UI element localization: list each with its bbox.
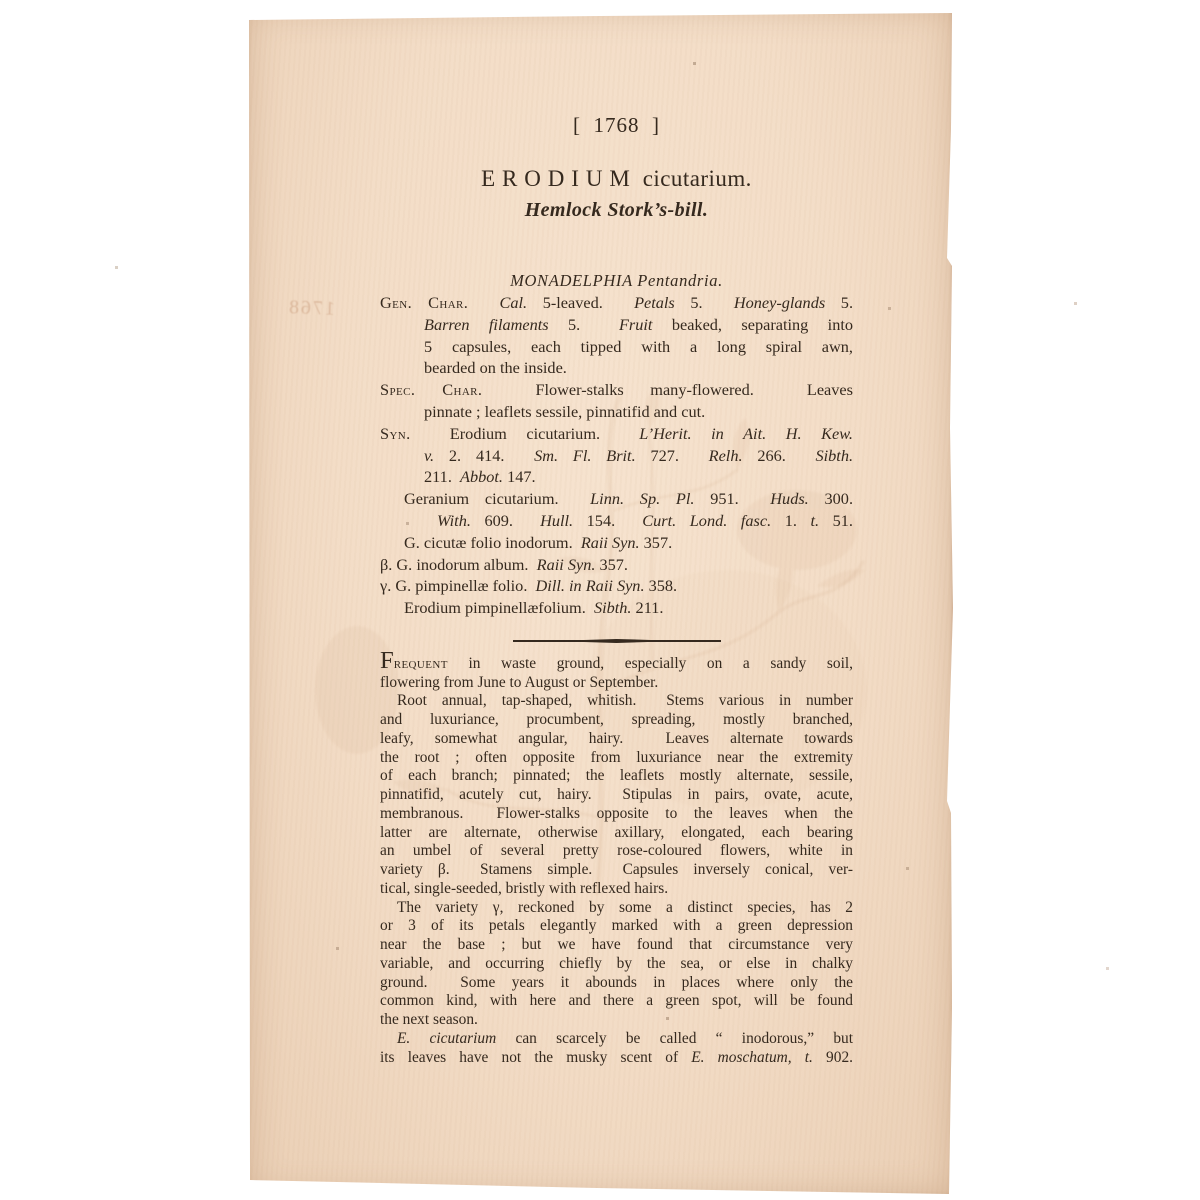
text-segment: Linn. Sp. Pl.	[590, 489, 694, 508]
text-segment: 154.	[573, 511, 642, 530]
text-segment: beaked, separating into	[652, 315, 853, 334]
section-divider	[513, 639, 721, 643]
paragraph: Frequent in waste ground, especially on …	[380, 655, 853, 693]
text-segment: 1.	[771, 511, 810, 530]
text-segment: an umbel of several pretty rose-coloured…	[380, 842, 853, 859]
text-segment: Syn.	[380, 424, 411, 443]
text-segment: 5.	[549, 315, 619, 334]
text-segment: variable, and occurring chiefly by the s…	[380, 955, 853, 972]
text-segment: L’Herit. in Ait. H. Kew.	[639, 424, 853, 443]
text-segment: Hull.	[540, 511, 573, 530]
text-segment: membranous. Flower-stalks opposite to th…	[380, 805, 853, 822]
text-segment: Sibth.	[594, 598, 632, 617]
text-segment: Petals	[634, 293, 675, 312]
text-segment: 266.	[743, 446, 816, 465]
text-segment: Flower-stalks many-flowered. Leaves	[482, 380, 853, 399]
text-segment: E. cicutarium	[397, 1030, 496, 1047]
text-segment: β. G. inodorum album.	[380, 555, 537, 574]
text-line: its leaves have not the musky scent of E…	[380, 1049, 853, 1068]
page-number: [ 1768 ]	[380, 112, 853, 138]
text-line: membranous. Flower-stalks opposite to th…	[380, 805, 853, 824]
text-segment: Raii Syn.	[537, 555, 596, 574]
text-line: bearded on the inside.	[424, 357, 853, 379]
text-segment: v.	[424, 446, 434, 465]
text-segment: Geranium cicutarium.	[404, 489, 590, 508]
text-line: Gen. Char. Cal. 5-leaved. Petals 5. Hone…	[380, 292, 853, 314]
text-segment: Raii Syn.	[581, 533, 640, 552]
text-segment: common kind, with here and there a green…	[380, 992, 853, 1009]
spec-char-section: Spec. Char. Flower-stalks many-flowered.…	[380, 379, 853, 423]
text-segment: Gen. Char.	[380, 293, 468, 312]
text-line: flowering from June to August or Septemb…	[380, 674, 853, 693]
text-segment: of each branch; pinnated; the leaflets m…	[380, 767, 853, 784]
page-dust-specks	[247, 8, 248, 9]
text-line: Spec. Char. Flower-stalks many-flowered.…	[380, 379, 853, 401]
text-segment: 358.	[645, 576, 678, 595]
text-segment: Abbot.	[460, 467, 503, 486]
text-line: latter are alternate, otherwise axillary…	[380, 824, 853, 843]
text-segment: and luxuriance, procumbent, spreading, m…	[380, 711, 853, 728]
text-line: 211. Abbot. 147.	[424, 466, 853, 488]
text-segment: pinnate ; leaflets sessile, pinnatifid a…	[424, 402, 705, 421]
text-segment: 5.	[675, 293, 734, 312]
text-line: common kind, with here and there a green…	[380, 992, 853, 1011]
paragraph: E. cicutarium can scarcely be called “ i…	[380, 1030, 853, 1068]
text-line: v. 2. 414. Sm. Fl. Brit. 727. Relh. 266.…	[424, 445, 853, 467]
text-segment: 951.	[694, 489, 770, 508]
text-segment: in waste ground, especially on a sandy s…	[448, 655, 853, 672]
dust-specks	[0, 0, 1, 1]
text-line: Syn. Erodium cicutarium. L’Herit. in Ait…	[380, 423, 853, 445]
text-segment: pinnatifid, acutely cut, hairy. Stipulas…	[380, 786, 853, 803]
text-line: the next season.	[380, 1011, 853, 1030]
text-segment: or 3 of its petals elegantly marked with…	[380, 917, 853, 934]
classification-heading: MONADELPHIA Pentandria.	[380, 270, 853, 292]
text-line: 5 capsules, each tipped with a long spir…	[424, 336, 853, 358]
text-line: variety β. Stamens simple. Capsules inve…	[380, 861, 853, 880]
scan-background: 1768 [ 1768 ] ERODIUMcicutarium. Hemlock…	[0, 0, 1200, 1200]
text-segment: Sm. Fl. Brit.	[534, 446, 636, 465]
text-segment: 147.	[503, 467, 536, 486]
text-line: near the base ; but we have found that c…	[380, 936, 853, 955]
genus-name: ERODIUM	[481, 166, 637, 191]
synonyms-section: Syn. Erodium cicutarium. L’Herit. in Ait…	[380, 423, 853, 619]
paragraph: Root annual, tap-shaped, whitish. Stems …	[380, 692, 853, 898]
text-segment: Curt. Lond. fasc.	[642, 511, 771, 530]
text-segment: 5 capsules, each tipped with a long spir…	[424, 337, 853, 356]
text-line: tical, single-seeded, bristly with refle…	[380, 880, 853, 899]
text-segment: F	[380, 647, 394, 674]
text-line: of each branch; pinnated; the leaflets m…	[380, 767, 853, 786]
text-segment: Cal.	[500, 293, 528, 312]
text-line: β. G. inodorum album. Raii Syn. 357.	[380, 554, 853, 576]
text-segment: variety β. Stamens simple. Capsules inve…	[380, 861, 853, 878]
text-line: ground. Some years it abounds in places …	[380, 974, 853, 993]
gen-char-section: Gen. Char. Cal. 5-leaved. Petals 5. Hone…	[380, 292, 853, 379]
paragraph: The variety γ, reckoned by some a distin…	[380, 899, 853, 1030]
text-segment: 727.	[636, 446, 709, 465]
text-line: γ. G. pimpinellæ folio. Dill. in Raii Sy…	[380, 575, 853, 597]
text-segment: requent	[394, 655, 448, 672]
description-text: Frequent in waste ground, especially on …	[380, 655, 853, 1068]
text-segment: Barren filaments	[424, 315, 549, 334]
text-segment: 300.	[809, 489, 853, 508]
text-segment: its leaves have not the musky scent of	[380, 1049, 691, 1066]
text-segment: 357.	[595, 555, 628, 574]
page-title: ERODIUMcicutarium.	[380, 164, 853, 194]
text-line: leafy, somewhat angular, hairy. Leaves a…	[380, 730, 853, 749]
text-line: Frequent in waste ground, especially on …	[380, 655, 853, 674]
text-line: Erodium pimpinellæfolium. Sibth. 211.	[404, 597, 853, 619]
text-line: The variety γ, reckoned by some a distin…	[380, 899, 853, 918]
text-line: and luxuriance, procumbent, spreading, m…	[380, 711, 853, 730]
text-segment: Huds.	[770, 489, 808, 508]
species-name: cicutarium.	[643, 166, 752, 191]
text-line: an umbel of several pretty rose-coloured…	[380, 842, 853, 861]
page-content: [ 1768 ] ERODIUMcicutarium. Hemlock Stor…	[380, 8, 853, 1067]
text-segment	[468, 293, 499, 312]
text-line: E. cicutarium can scarcely be called “ i…	[380, 1030, 853, 1049]
text-segment: 609.	[471, 511, 540, 530]
text-line: the root ; often opposite from luxurianc…	[380, 749, 853, 768]
text-segment: Sibth.	[816, 446, 854, 465]
text-segment: Fruit	[619, 315, 652, 334]
text-line: Root annual, tap-shaped, whitish. Stems …	[380, 692, 853, 711]
text-segment: G. cicutæ folio inodorum.	[404, 533, 581, 552]
text-segment: the next season.	[380, 1011, 478, 1028]
text-segment: near the base ; but we have found that c…	[380, 936, 853, 953]
text-segment: Relh.	[709, 446, 743, 465]
text-segment: Spec. Char.	[380, 380, 482, 399]
text-segment: γ. G. pimpinellæ folio.	[380, 576, 536, 595]
text-segment: Erodium pimpinellæfolium.	[404, 598, 594, 617]
text-segment: 211.	[631, 598, 663, 617]
text-segment: tical, single-seeded, bristly with refle…	[380, 880, 668, 897]
text-segment: 357.	[640, 533, 673, 552]
text-segment: 902.	[813, 1049, 853, 1066]
text-line: or 3 of its petals elegantly marked with…	[380, 917, 853, 936]
text-line: Geranium cicutarium. Linn. Sp. Pl. 951. …	[404, 488, 853, 510]
text-segment: leafy, somewhat angular, hairy. Leaves a…	[380, 730, 853, 747]
book-page: 1768 [ 1768 ] ERODIUMcicutarium. Hemlock…	[247, 8, 953, 1196]
text-segment: Honey-glands	[734, 293, 825, 312]
text-segment: flowering from June to August or Septemb…	[380, 674, 658, 691]
text-line: Barren filaments 5. Fruit beaked, separa…	[424, 314, 853, 336]
text-segment: ground. Some years it abounds in places …	[380, 974, 853, 991]
text-segment: latter are alternate, otherwise axillary…	[380, 824, 853, 841]
text-segment: With.	[437, 511, 471, 530]
text-line: G. cicutæ folio inodorum. Raii Syn. 357.	[404, 532, 853, 554]
common-name: Hemlock Stork’s-bill.	[380, 196, 853, 224]
text-segment: 211.	[424, 467, 460, 486]
text-line: pinnate ; leaflets sessile, pinnatifid a…	[424, 401, 853, 423]
text-segment: E. moschatum, t.	[691, 1049, 813, 1066]
text-segment: Root annual, tap-shaped, whitish. Stems …	[397, 692, 853, 709]
text-segment: 51.	[819, 511, 853, 530]
text-segment: Dill. in Raii Syn.	[536, 576, 645, 595]
text-segment: t.	[810, 511, 819, 530]
text-segment: 2. 414.	[434, 446, 534, 465]
text-segment: 5.	[825, 293, 853, 312]
text-line: With. 609. Hull. 154. Curt. Lond. fasc. …	[437, 510, 853, 532]
text-segment: can scarcely be called “ inodorous,” but	[496, 1030, 853, 1047]
text-segment: bearded on the inside.	[424, 358, 567, 377]
text-line: variable, and occurring chiefly by the s…	[380, 955, 853, 974]
text-segment: Erodium cicutarium.	[411, 424, 640, 443]
text-segment: The variety γ, reckoned by some a distin…	[397, 899, 853, 916]
text-segment: 5-leaved.	[527, 293, 634, 312]
text-segment: the root ; often opposite from luxurianc…	[380, 749, 853, 766]
text-line: pinnatifid, acutely cut, hairy. Stipulas…	[380, 786, 853, 805]
